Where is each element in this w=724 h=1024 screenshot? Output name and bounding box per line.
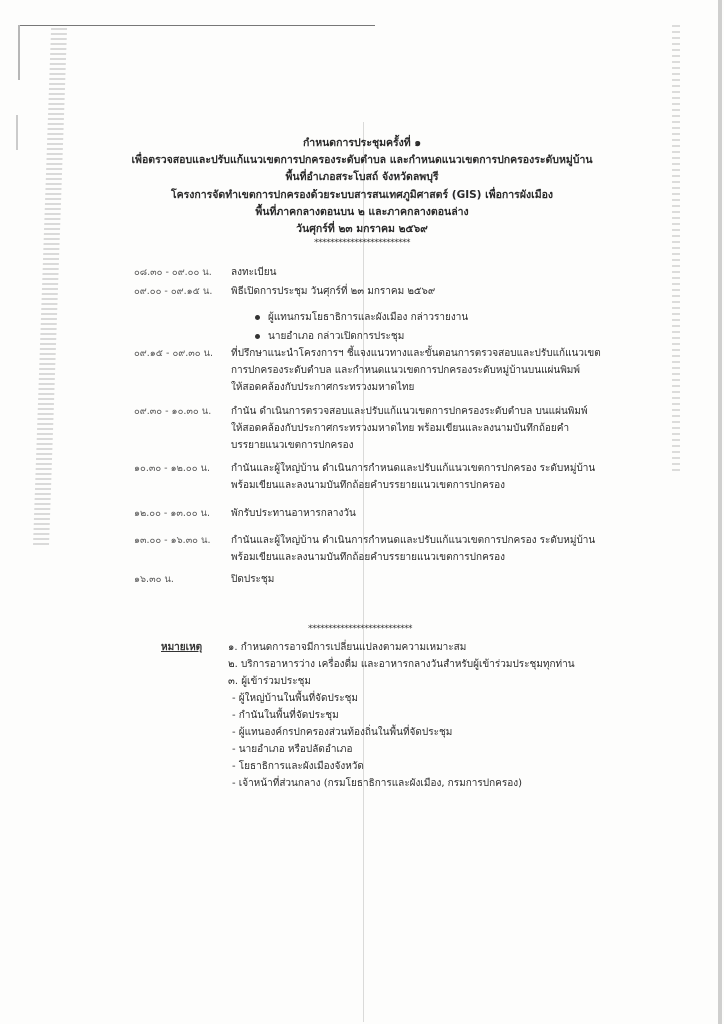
schedule-description: พักรับประทานอาหารกลางวัน (231, 505, 661, 522)
note-item: ๓. ผู้เข้าร่วมประชุม (228, 674, 311, 689)
schedule-description-line: ให้สอดคล้องกับประกาศกระทรวงมหาดไทย พร้อม… (231, 420, 661, 437)
schedule-description-line: พร้อมเขียนและลงนามบันทึกถ้อยคำบรรยายแนวเ… (231, 549, 661, 566)
schedule-divider: ************************** (0, 624, 722, 634)
schedule-description-line: กำนันและผู้ใหญ่บ้าน ดำเนินการกำหนดและปรั… (231, 460, 661, 477)
scan-artifact-top-line (20, 25, 375, 26)
schedule-description-line: ลงทะเบียน (231, 264, 661, 281)
header-divider: ************************ (0, 238, 724, 248)
note-item: ๑. กำหนดการอาจมีการเปลี่ยนแปลงตามความเหม… (228, 640, 466, 655)
schedule-time: ๑๓.๐๐ - ๑๖.๓๐ น. (134, 532, 229, 549)
document-date: วันศุกร์ที่ ๒๓ มกราคม ๒๕๖๙ (0, 220, 724, 237)
schedule-description-line: ให้สอดคล้องกับประกาศกระทรวงมหาดไทย (231, 379, 661, 396)
schedule-description: กำนันและผู้ใหญ่บ้าน ดำเนินการกำหนดและปรั… (231, 532, 661, 566)
schedule-time: ๑๖.๓๐ น. (134, 571, 229, 588)
schedule-bullet: ผู้แทนกรมโยธาธิการและผังเมือง กล่าวรายงา… (255, 310, 468, 325)
bullet-dot-icon (255, 315, 260, 320)
schedule-description: พิธีเปิดการประชุม วันศุกร์ที่ ๒๓ มกราคม … (231, 283, 661, 300)
attendee-item: - กำนันในพื้นที่จัดประชุม (232, 708, 339, 723)
schedule-description: กำนันและผู้ใหญ่บ้าน ดำเนินการกำหนดและปรั… (231, 460, 661, 494)
note-item: ๒. บริการอาหารว่าง เครื่องดื่ม และอาหารก… (228, 657, 575, 672)
schedule-time: ๐๙.๓๐ - ๑๐.๓๐ น. (134, 403, 229, 420)
schedule-description: ปิดประชุม (231, 571, 661, 588)
schedule-description: ที่ปรึกษาแนะนำโครงการฯ ชี้แจงแนวทางและขั… (231, 345, 661, 396)
attendee-item: - ผู้ใหญ่บ้านในพื้นที่จัดประชุม (232, 691, 358, 706)
schedule-description-line: ปิดประชุม (231, 571, 661, 588)
schedule-bullet: นายอำเภอ กล่าวเปิดการประชุม (255, 329, 404, 344)
document-subtitle: เพื่อตรวจสอบและปรับแก้แนวเขตการปกครองระด… (0, 151, 724, 168)
scan-artifact-right-edge (672, 25, 680, 475)
document-region: พื้นที่ภาคกลางตอนบน ๒ และภาคกลางตอนล่าง (0, 203, 724, 220)
schedule-bullet-text: ผู้แทนกรมโยธาธิการและผังเมือง กล่าวรายงา… (268, 312, 468, 323)
document-title: กำหนดการประชุมครั้งที่ ๑ (0, 134, 724, 151)
notes-label: หมายเหตุ (161, 640, 202, 655)
schedule-bullet-text: นายอำเภอ กล่าวเปิดการประชุม (268, 331, 404, 342)
schedule-description: กำนัน ดำเนินการตรวจสอบและปรับแก้แนวเขตกา… (231, 403, 661, 454)
schedule-description: ลงทะเบียน (231, 264, 661, 281)
attendee-item: - ผู้แทนองค์กรปกครองส่วนท้องถิ่นในพื้นที… (232, 725, 452, 740)
attendee-item: - เจ้าหน้าที่ส่วนกลาง (กรมโยธาธิการและผั… (232, 776, 522, 791)
schedule-time: ๑๒.๐๐ - ๑๓.๐๐ น. (134, 505, 229, 522)
schedule-description-line: กำนันและผู้ใหญ่บ้าน ดำเนินการกำหนดและปรั… (231, 532, 661, 549)
schedule-description-line: การปกครองระดับตำบล และกำหนดแนวเขตการปกคร… (231, 362, 661, 379)
schedule-time: ๑๐.๓๐ - ๑๒.๐๐ น. (134, 460, 229, 477)
attendee-item: - โยธาธิการและผังเมืองจังหวัด (232, 759, 364, 774)
schedule-description-line: บรรยายแนวเขตการปกครอง (231, 437, 661, 454)
schedule-time: ๐๙.๐๐ - ๐๙.๑๕ น. (134, 283, 229, 300)
scan-artifact-left-mark (18, 25, 20, 80)
schedule-time: ๐๘.๓๐ - ๐๙.๐๐ น. (134, 264, 229, 281)
schedule-description-line: พักรับประทานอาหารกลางวัน (231, 505, 661, 522)
scan-artifact-left-edge (33, 28, 67, 548)
schedule-time: ๐๙.๑๕ - ๐๙.๓๐ น. (134, 345, 229, 362)
bullet-dot-icon (255, 334, 260, 339)
document-project: โครงการจัดทำเขตการปกครองด้วยระบบสารสนเทศ… (0, 186, 724, 203)
schedule-description-line: ที่ปรึกษาแนะนำโครงการฯ ชี้แจงแนวทางและขั… (231, 345, 661, 362)
schedule-description-line: กำนัน ดำเนินการตรวจสอบและปรับแก้แนวเขตกา… (231, 403, 661, 420)
schedule-description-line: พร้อมเขียนและลงนามบันทึกถ้อยคำบรรยายแนวเ… (231, 477, 661, 494)
schedule-description-line: พิธีเปิดการประชุม วันศุกร์ที่ ๒๓ มกราคม … (231, 283, 661, 300)
attendee-item: - นายอำเภอ หรือปลัดอำเภอ (232, 742, 353, 757)
document-location: พื้นที่อำเภอสระโบสถ์ จังหวัดลพบุรี (0, 168, 724, 185)
